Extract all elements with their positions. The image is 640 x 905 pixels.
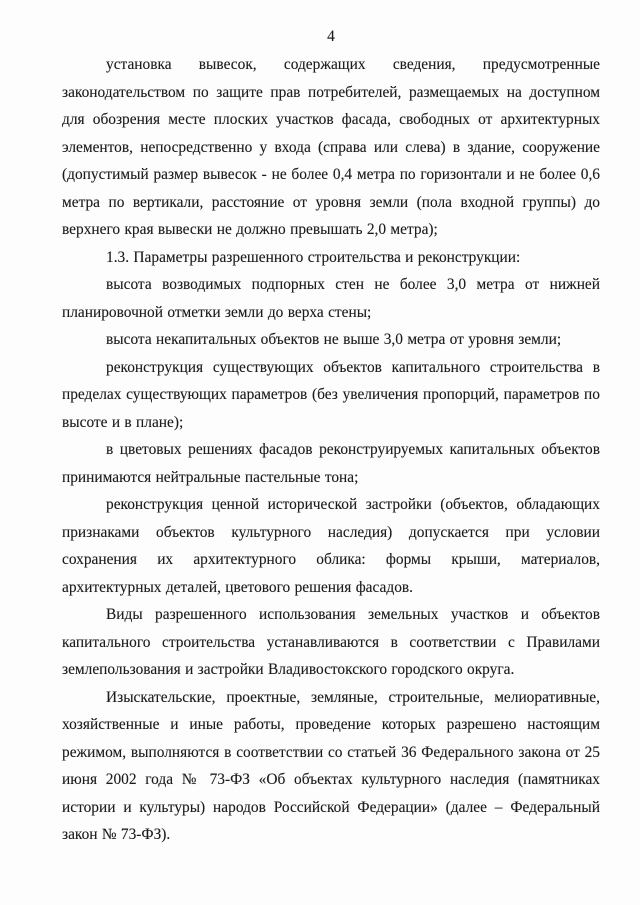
paragraph-historic-buildings-reconstruction: реконструкция ценной исторической застро… — [62, 491, 600, 601]
page-number: 4 — [62, 28, 600, 46]
document-page: 4 установка вывесок, содержащих сведения… — [0, 0, 640, 905]
paragraph-federal-law-73-fz: Изыскательские, проектные, земляные, стр… — [62, 684, 600, 849]
paragraph-noncapital-objects-height: высота некапитальных объектов не выше 3,… — [62, 326, 600, 354]
paragraph-facade-colors: в цветовых решениях фасадов реконструиру… — [62, 436, 600, 491]
paragraph-reconstruction-existing-objects: реконструкция существующих объектов капи… — [62, 354, 600, 437]
paragraph-permitted-land-use: Виды разрешенного использования земельны… — [62, 601, 600, 684]
document-body: установка вывесок, содержащих сведения, … — [62, 51, 600, 849]
paragraph-retaining-walls: высота возводимых подпорных стен не боле… — [62, 271, 600, 326]
paragraph-signage-rules: установка вывесок, содержащих сведения, … — [62, 51, 600, 244]
paragraph-section-1-3-heading: 1.3. Параметры разрешенного строительств… — [62, 244, 600, 272]
